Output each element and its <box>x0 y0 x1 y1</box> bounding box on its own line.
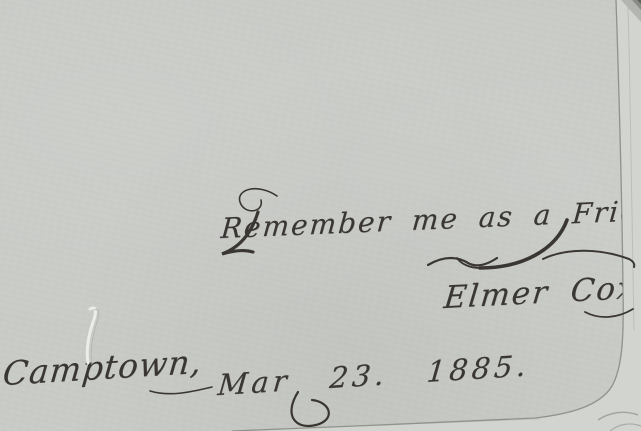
c-top-swash <box>543 251 634 267</box>
corner-shadow-tip <box>637 0 641 4</box>
signature-line: Elmer Cox. <box>442 269 641 316</box>
underpage-mark-1 <box>598 412 638 420</box>
signature-lead-swash <box>428 258 497 265</box>
corner-shadow-soft <box>621 0 641 22</box>
sentiment-line: Remember me as a Friend. <box>220 192 641 245</box>
underpage-mark-2 <box>610 424 641 431</box>
surname-tail-swash <box>585 309 633 317</box>
r-capital-loop <box>240 189 277 211</box>
date-line: Mar 23. 1885. <box>216 348 531 402</box>
underpage-line-bottom <box>262 419 540 429</box>
autograph-album-page: Remember me as a Friend. Elmer Cox. Camp… <box>0 0 641 431</box>
m-loop-descender <box>291 392 328 426</box>
corner-shadow <box>632 0 641 10</box>
f-descender-tail <box>457 258 480 268</box>
place-line: Camptown, <box>1 342 204 393</box>
camptown-dash <box>150 387 212 394</box>
